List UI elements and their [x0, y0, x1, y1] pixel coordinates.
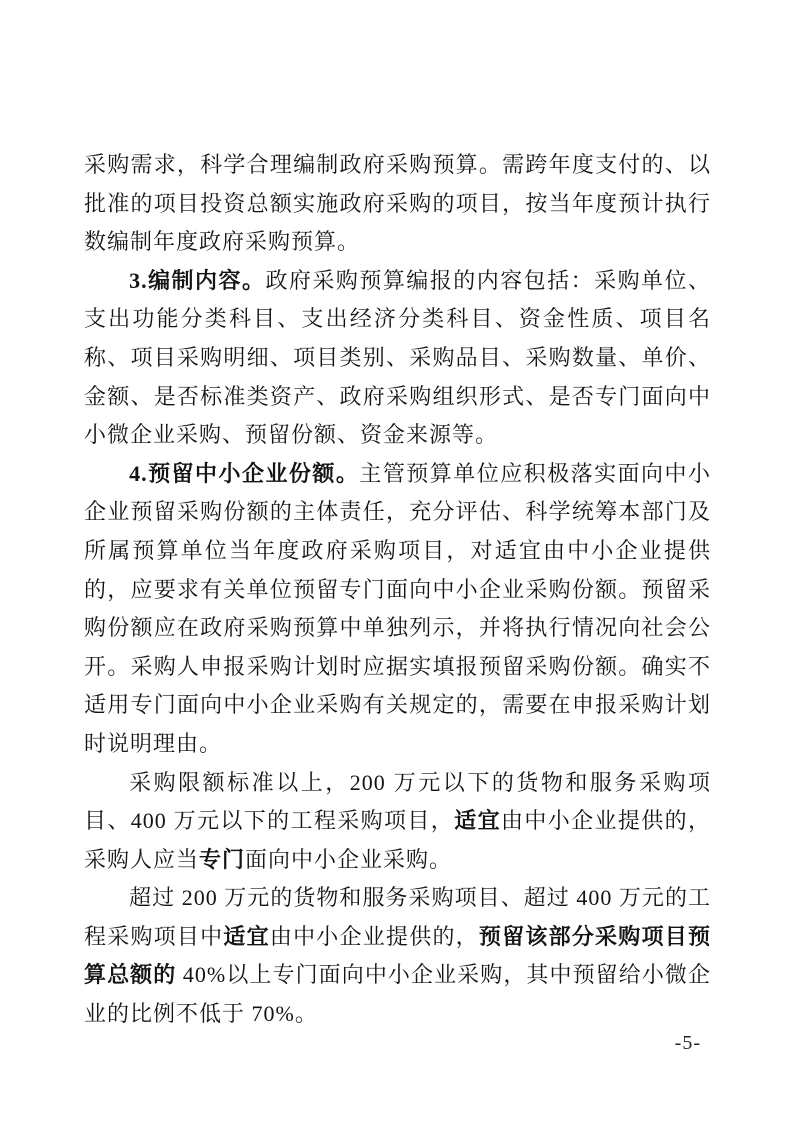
paragraph-lead-bold: 4.预留中小企业份额。	[129, 461, 359, 486]
page-body-text: 采购需求，科学合理编制政府采购预算。需跨年度支付的、以批准的项目投资总额实施政府…	[84, 146, 711, 1034]
page-background: 采购需求，科学合理编制政府采购预算。需跨年度支付的、以批准的项目投资总额实施政府…	[0, 0, 793, 1122]
paragraph-text: 由中小企业提供的，	[270, 924, 479, 949]
document-page: { "page": { "number_label": "-5-", "back…	[0, 0, 793, 1122]
page-number: -5-	[675, 1032, 701, 1055]
emphasis-suitable: 适宜	[454, 808, 501, 833]
paragraph-text: 面向中小企业采购。	[245, 847, 452, 872]
paragraph-text: 政府采购预算编报的内容包括：采购单位、支出功能分类科目、支出经济分类科目、资金性…	[84, 268, 711, 447]
paragraph-below-2m-rule: 采购限额标准以上，200 万元以下的货物和服务采购项目、400 万元以下的工程采…	[84, 764, 711, 880]
emphasis-suitable: 适宜	[223, 924, 269, 949]
paragraph-text: 采购需求，科学合理编制政府采购预算。需跨年度支付的、以批准的项目投资总额实施政府…	[84, 152, 711, 254]
paragraph-compilation-content: 3.编制内容。政府采购预算编报的内容包括：采购单位、支出功能分类科目、支出经济分…	[84, 262, 711, 455]
paragraph-above-2m-rule: 超过 200 万元的货物和服务采购项目、超过 400 万元的工程采购项目中适宜由…	[84, 879, 711, 1033]
paragraph-text: 主管预算单位应积极落实面向中小企业预留采购份额的主体责任，充分评估、科学统筹本部…	[84, 461, 711, 756]
emphasis-exclusive: 专门	[199, 847, 245, 872]
paragraph-lead-bold: 3.编制内容。	[129, 268, 265, 293]
paragraph-text: 40%以上专门面向中小企业采购，其中预留给小微企业的比例不低于 70%。	[84, 962, 711, 1026]
paragraph-sme-reserved-share: 4.预留中小企业份额。主管预算单位应积极落实面向中小企业预留采购份额的主体责任，…	[84, 455, 711, 764]
paragraph-budget-compilation-continuation: 采购需求，科学合理编制政府采购预算。需跨年度支付的、以批准的项目投资总额实施政府…	[84, 146, 711, 262]
